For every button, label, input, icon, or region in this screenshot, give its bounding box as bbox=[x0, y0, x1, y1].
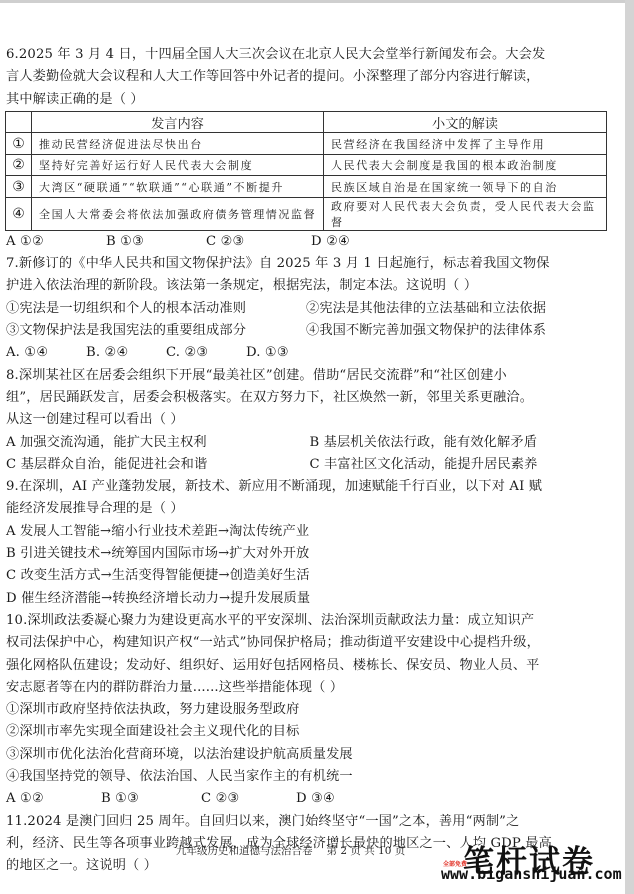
option-d: D 催生经济潜能→转换经济增长动力→提升发展质量 bbox=[6, 588, 606, 610]
table-header-cell: 发言内容 bbox=[32, 111, 324, 133]
option-c: C 改变生活方式→生活变得智能便捷→创造美好生活 bbox=[6, 565, 606, 587]
table-row: ② 坚持好完善好运行好人民代表大会制度 人民代表大会制度是我国的根本政治制度 bbox=[6, 154, 607, 176]
reading-cell: 人民代表大会制度是我国的根本政治制度 bbox=[324, 154, 607, 176]
option-c: C ②③ bbox=[201, 788, 296, 810]
question-stem-line: 7.新修订的《中华人民共和国文物保护法》自 2025 年 3 月 1 日起施行，… bbox=[6, 253, 606, 275]
question-stem-line: 6.2025 年 3 月 4 日，十四届全国人大三次会议在北京人民大会堂举行新闻… bbox=[6, 44, 606, 66]
table-header-row: 发言内容 小文的解读 bbox=[6, 111, 607, 133]
statement: ②宪法是其他法律的立法基础和立法依据 bbox=[306, 298, 606, 320]
statement: ③深圳市优化法治化营商环境，以法治建设护航高质量发展 bbox=[6, 744, 606, 766]
question-6: 6.2025 年 3 月 4 日，十四届全国人大三次会议在北京人民大会堂举行新闻… bbox=[6, 44, 606, 253]
option-c: C 基层群众自治，能促进社会和谐 bbox=[6, 454, 309, 476]
statement: ②深圳市率先实现全面建设社会主义现代化的目标 bbox=[6, 721, 606, 743]
option-c: C ②③ bbox=[206, 231, 311, 253]
question-stem-line: 从这一创建过程可以看出（ ） bbox=[6, 409, 606, 431]
reading-cell: 民族区域自治是在国家统一领导下的自治 bbox=[324, 176, 607, 198]
footer-title: 九年级历史和道德与法治合卷 bbox=[176, 845, 313, 857]
statement-row: ③文物保护法是我国宪法的重要组成部分 ④我国不断完善加强文物保护的法律体系 bbox=[6, 320, 606, 342]
option-d: D ③④ bbox=[296, 788, 335, 810]
statement: ④我国坚持党的领导、依法治国、人民当家作主的有机统一 bbox=[6, 766, 606, 788]
question-9: 9.在深圳，AI 产业蓬勃发展，新技术、新应用不断涌现，加速赋能千行百业，以下对… bbox=[6, 476, 606, 610]
answer-options: A ①② B ①③ C ②③ D ③④ bbox=[6, 788, 606, 810]
question-stem-line: 其中解读正确的是（ ） bbox=[6, 89, 606, 111]
reading-cell: 政府要对人民代表大会负责，受人民代表大会监督 bbox=[324, 197, 607, 230]
option-a: A ①② bbox=[6, 788, 101, 810]
question-10: 10.深圳政法委凝心聚力为建设更高水平的平安深圳、法治深圳贡献政法力量：成立知识… bbox=[6, 610, 606, 811]
option-b: B 引进关键技术→统筹国内国际市场→扩大对外开放 bbox=[6, 543, 606, 565]
speech-content-cell: 推动民营经济促进法尽快出台 bbox=[32, 133, 324, 155]
statement: ①宪法是一切组织和个人的根本活动准则 bbox=[6, 298, 306, 320]
row-number: ① bbox=[6, 133, 32, 155]
question-stem-line: 8.深圳某社区在居委会组织下开展“最美社区”创建。借助“居民交流群”和“社区创建… bbox=[6, 365, 606, 387]
option-a: A 发展人工智能→缩小行业技术差距→淘汰传统产业 bbox=[6, 521, 606, 543]
answer-options: A ①② B ①③ C ②③ D ②④ bbox=[6, 231, 606, 253]
answer-options-row: C 基层群众自治，能促进社会和谐 C 丰富社区文化活动，能提升居民素养 bbox=[6, 454, 606, 476]
question-stem-line: 护进入依法治理的新阶段。该法第一条规定，根据宪法，制定本法。这说明（ ） bbox=[6, 275, 606, 297]
row-number: ④ bbox=[6, 197, 32, 230]
option-a: A ①② bbox=[6, 231, 106, 253]
speech-content-cell: 坚持好完善好运行好人民代表大会制度 bbox=[32, 154, 324, 176]
answer-options-row: A 加强交流沟通，能扩大民主权利 B 基层机关依法行政，能有效化解矛盾 bbox=[6, 432, 606, 454]
table-row: ③ 大湾区“硬联通”“软联通”“心联通”不断提升 民族区域自治是在国家统一领导下… bbox=[6, 176, 607, 198]
question-stem-line: 10.深圳政法委凝心聚力为建设更高水平的平安深圳、法治深圳贡献政法力量：成立知识… bbox=[6, 610, 606, 632]
option-d: C 丰富社区文化活动，能提升居民素养 bbox=[309, 454, 606, 476]
watermark-url: www.biganshijuan.com bbox=[441, 865, 622, 883]
question-stem-line: 言人娄勤俭就大会议程和人大工作等回答中外记者的提问。小深整理了部分内容进行解读， bbox=[6, 66, 606, 88]
option-a: A 加强交流沟通，能扩大民主权利 bbox=[6, 432, 309, 454]
table-header-cell: 小文的解读 bbox=[324, 111, 607, 133]
row-number: ② bbox=[6, 154, 32, 176]
table-row: ④ 全国人大常委会将依法加强政府债务管理情况监督 政府要对人民代表大会负责，受人… bbox=[6, 197, 607, 230]
statement-row: ①宪法是一切组织和个人的根本活动准则 ②宪法是其他法律的立法基础和立法依据 bbox=[6, 298, 606, 320]
statement: ①深圳市政府坚持依法执政，努力建设服务型政府 bbox=[6, 699, 606, 721]
answer-options: A. ①④ B. ②④ C. ②③ D. ①③ bbox=[6, 342, 606, 364]
option-b: B. ②④ bbox=[86, 342, 166, 364]
question-7: 7.新修订的《中华人民共和国文物保护法》自 2025 年 3 月 1 日起施行，… bbox=[6, 253, 606, 364]
question-stem-line: 强化网格队伍建设；发动好、组织好、运用好包括网格员、楼栋长、保安员、物业人员、平 bbox=[6, 655, 606, 677]
question-stem-line: 11.2024 是澳门回归 25 周年。自回归以来，澳门始终坚守“一国”之本，善… bbox=[6, 811, 606, 833]
option-a: A. ①④ bbox=[6, 342, 86, 364]
speech-content-cell: 大湾区“硬联通”“软联通”“心联通”不断提升 bbox=[32, 176, 324, 198]
question-stem-line: 安志愿者等在内的群防群治力量......这些举措能体现（ ） bbox=[6, 677, 606, 699]
scrollbar-track[interactable] bbox=[625, 0, 634, 894]
question-stem-line: 能经济发展推导合理的是（ ） bbox=[6, 498, 606, 520]
option-b: B ①③ bbox=[101, 788, 201, 810]
speech-reading-table: 发言内容 小文的解读 ① 推动民营经济促进法尽快出台 民营经济在我国经济中发挥了… bbox=[5, 111, 607, 231]
option-b: B 基层机关依法行政，能有效化解矛盾 bbox=[309, 432, 606, 454]
question-stem-line: 9.在深圳，AI 产业蓬勃发展，新技术、新应用不断涌现，加速赋能千行百业，以下对… bbox=[6, 476, 606, 498]
page-number: 第 2 页 共 10 页 bbox=[327, 845, 406, 857]
question-stem-line: 权司法保护中心，构建知识产权“一站式”协同保护格局；推动街道平安建设中心提档升级… bbox=[6, 632, 606, 654]
statement: ③文物保护法是我国宪法的重要组成部分 bbox=[6, 320, 306, 342]
exam-content: 6.2025 年 3 月 4 日，十四届全国人大三次会议在北京人民大会堂举行新闻… bbox=[6, 44, 606, 878]
option-c: C. ②③ bbox=[166, 342, 246, 364]
table-row: ① 推动民营经济促进法尽快出台 民营经济在我国经济中发挥了主导作用 bbox=[6, 133, 607, 155]
question-8: 8.深圳某社区在居委会组织下开展“最美社区”创建。借助“居民交流群”和“社区创建… bbox=[6, 365, 606, 476]
reading-cell: 民营经济在我国经济中发挥了主导作用 bbox=[324, 133, 607, 155]
speech-content-cell: 全国人大常委会将依法加强政府债务管理情况监督 bbox=[32, 197, 324, 230]
option-d: D. ①③ bbox=[246, 342, 289, 364]
page-footer: 九年级历史和道德与法治合卷第 2 页 共 10 页 bbox=[176, 843, 405, 858]
question-stem-line: 组”，居民踊跃发言，居委会积极落实。在双方努力下，社区焕然一新，邻里关系更融洽。 bbox=[6, 387, 606, 409]
option-b: B ①③ bbox=[106, 231, 206, 253]
option-d: D ②④ bbox=[311, 231, 350, 253]
table-header-cell bbox=[6, 111, 32, 133]
statement: ④我国不断完善加强文物保护的法律体系 bbox=[306, 320, 606, 342]
row-number: ③ bbox=[6, 176, 32, 198]
